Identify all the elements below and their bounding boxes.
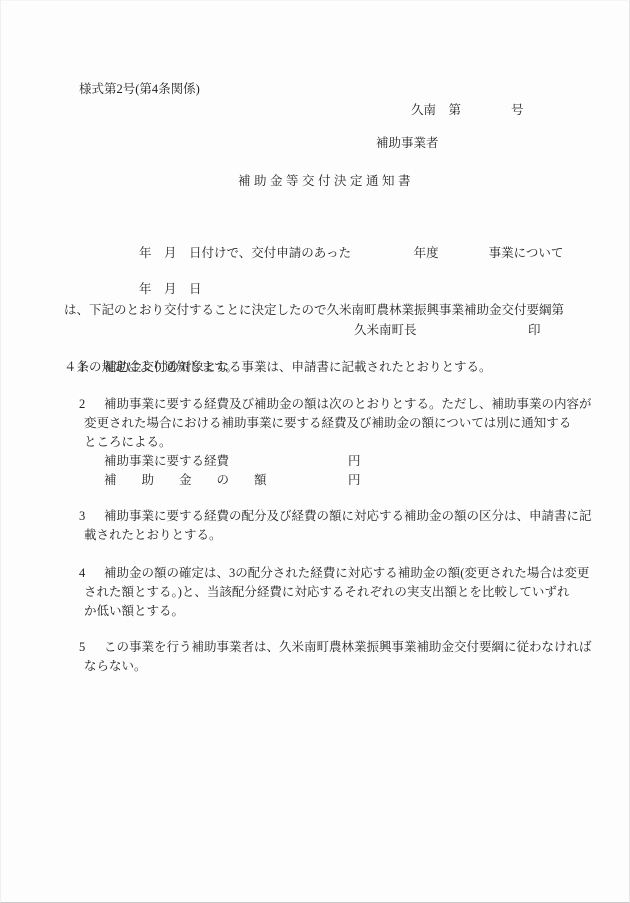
issue-date-line: 年 月 日 bbox=[64, 280, 202, 299]
item-5-line-1: 5この事業を行う補助事業者は、久米南町農林業振興事業補助金交付要綱に従わなければ bbox=[1, 638, 630, 657]
item-4-number: 4 bbox=[79, 564, 104, 583]
item-5-line-2: ならない。 bbox=[1, 657, 630, 676]
intro-line-2: は、下記のとおり交付することに決定したので久米南町農林業振興事業補助金交付要綱第 bbox=[64, 301, 564, 320]
document-page: 様式第2号(第4条関係) 久南 第号 補助事業者 補助金等交付決定通知書 年 月… bbox=[0, 0, 630, 903]
project-expense-unit: 円 bbox=[348, 454, 361, 468]
seal-placeholder: 印 bbox=[528, 321, 541, 340]
item-2-number: 2 bbox=[79, 395, 104, 414]
item-5-text-1: この事業を行う補助事業者は、久米南町農林業振興事業補助金交付要綱に従わなければ bbox=[104, 640, 592, 654]
addressee-label: 補助事業者 bbox=[376, 134, 439, 153]
item-1: 1補助金交付の対象となる事業は、申請書に記載されたとおりとする。 bbox=[1, 358, 630, 377]
document-number-prefix: 久南 第 bbox=[411, 103, 461, 117]
item-3: 3補助事業に要する経費の配分及び経費の額に対応する補助金の額の区分は、申請書に記… bbox=[1, 507, 630, 545]
subsidy-amount-unit: 円 bbox=[348, 473, 361, 487]
intro-paragraph: 年 月 日付けで、交付申請のあった 年度 事業について は、下記のとおり交付する… bbox=[64, 206, 564, 415]
item-2-line-3: ところによる。 bbox=[1, 433, 630, 452]
item-4-text-1: 補助金の額の確定は、3の配分された経費に対応する補助金の額(変更された場合は変更 bbox=[104, 566, 589, 580]
item-4-line-1: 4補助金の額の確定は、3の配分された経費に対応する補助金の額(変更された場合は変… bbox=[1, 564, 630, 583]
item-4: 4補助金の額の確定は、3の配分された経費に対応する補助金の額(変更された場合は変… bbox=[1, 564, 630, 621]
item-1-number: 1 bbox=[79, 358, 104, 377]
item-5: 5この事業を行う補助事業者は、久米南町農林業振興事業補助金交付要綱に従わなければ… bbox=[1, 638, 630, 676]
item-3-line-1: 3補助事業に要する経費の配分及び経費の額に対応する補助金の額の区分は、申請書に記 bbox=[1, 507, 630, 526]
item-2-text-1: 補助事業に要する経費及び補助金の額は次のとおりとする。ただし、補助事業の内容が bbox=[104, 397, 592, 411]
item-3-number: 3 bbox=[79, 507, 104, 526]
subsidy-amount-label: 補 助 金 の 額 bbox=[104, 471, 348, 490]
item-2-line-1: 2補助事業に要する経費及び補助金の額は次のとおりとする。ただし、補助事業の内容が bbox=[1, 395, 630, 414]
item-4-line-3: か低い額とする。 bbox=[1, 602, 630, 621]
item-4-line-2: された額とする。)と、当該配分経費に対応するそれぞれの実支出額とを比較していずれ bbox=[1, 583, 630, 602]
project-expense-row: 補助事業に要する経費円 bbox=[1, 452, 630, 471]
item-3-line-2: 載されたとおりとする。 bbox=[1, 526, 630, 545]
intro-line-1: 年 月 日付けで、交付申請のあった 年度 事業について bbox=[64, 244, 564, 263]
item-2: 2補助事業に要する経費及び補助金の額は次のとおりとする。ただし、補助事業の内容が… bbox=[1, 395, 630, 490]
document-number-suffix: 号 bbox=[511, 103, 524, 117]
item-1-line: 1補助金交付の対象となる事業は、申請書に記載されたとおりとする。 bbox=[1, 358, 630, 377]
item-5-number: 5 bbox=[79, 638, 104, 657]
mayor-title: 久米南町長 bbox=[354, 321, 417, 340]
document-title: 補助金等交付決定通知書 bbox=[238, 172, 414, 191]
item-3-text-1: 補助事業に要する経費の配分及び経費の額に対応する補助金の額の区分は、申請書に記 bbox=[104, 509, 592, 523]
item-2-line-2: 変更された場合における補助事業に要する経費及び補助金の額については別に通知する bbox=[1, 414, 630, 433]
subsidy-amount-row: 補 助 金 の 額円 bbox=[1, 471, 630, 490]
project-expense-label: 補助事業に要する経費 bbox=[104, 452, 348, 471]
item-1-text: 補助金交付の対象となる事業は、申請書に記載されたとおりとする。 bbox=[104, 360, 492, 374]
document-number-line: 久南 第号 bbox=[411, 101, 524, 120]
form-number-label: 様式第2号(第4条関係) bbox=[79, 80, 200, 99]
